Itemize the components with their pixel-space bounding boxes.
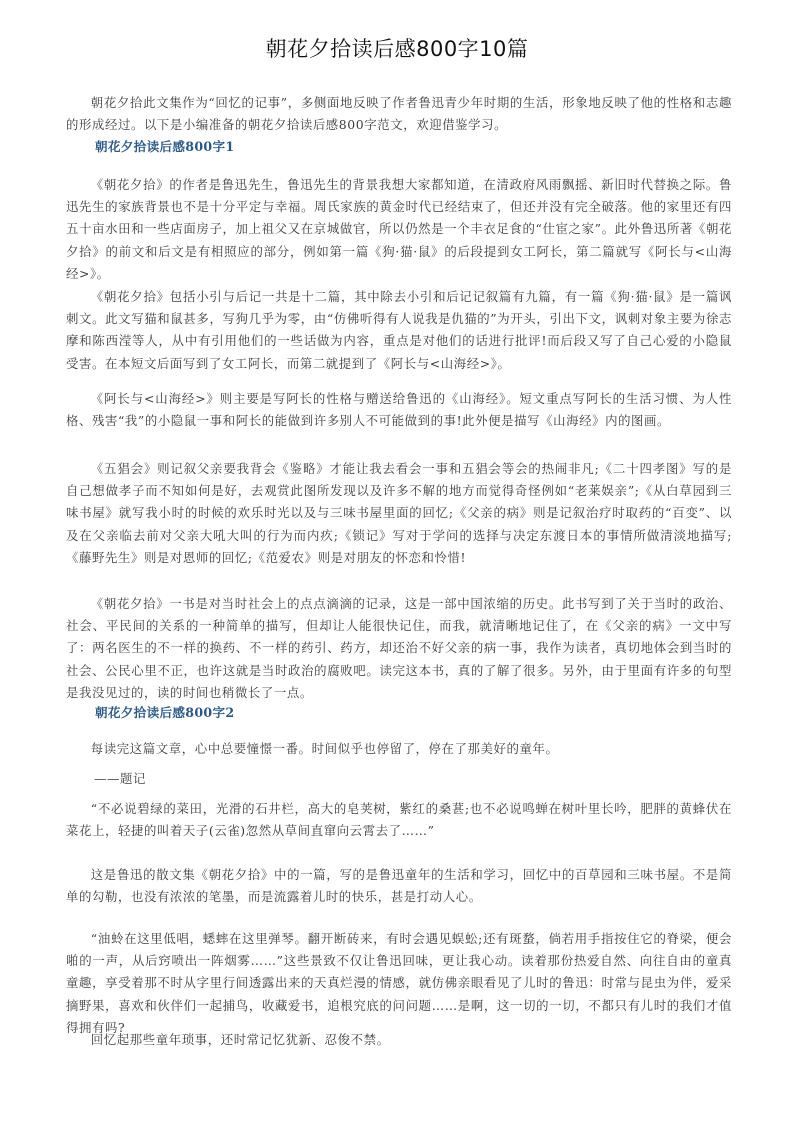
section-1-paragraph-2: 《朝花夕拾》包括小引与后记一共是十二篇，其中除去小引和后记记叙篇有九篇，有一篇《… [66,286,732,375]
document-title: 朝花夕拾读后感800字10篇 [0,33,794,63]
section-2-paragraph-2: 这是鲁迅的散文集《朝花夕拾》中的一篇，写的是鲁迅童年的生活和学习，回忆中的百草园… [66,864,732,908]
section-2-quote-1: “不必说碧绿的菜田，光滑的石井栏，高大的皂荚树，紫红的桑葚;也不必说鸣蝉在树叶里… [66,798,732,842]
section-heading-2: 朝花夕拾读后感800字2 [95,702,234,721]
section-1-paragraph-5: 《朝花夕拾》一书是对当时社会上的点点滴滴的记录，这是一部中国浓缩的历史。此书写到… [66,593,732,704]
section-2-paragraph-4: 回忆起那些童年琐事，还时常记忆犹新、忍俊不禁。 [66,1029,732,1051]
section-1-paragraph-4: 《五猖会》则记叙父亲要我背会《鉴略》才能让我去看会一事和五猖会等会的热闹非凡;《… [66,458,732,569]
section-heading-1: 朝花夕拾读后感800字1 [95,136,234,155]
intro-paragraph: 朝花夕拾此文集作为“回忆的记事”，多侧面地反映了作者鲁迅青少年时期的生活，形象地… [66,92,732,136]
section-2-paragraph-1: 每读完这篇文章，心中总要憧憬一番。时间似乎也停留了，停在了那美好的童年。 [66,738,732,760]
section-2-epigraph-label: ——题记 [94,768,760,790]
section-1-paragraph-3: 《阿长与<山海经>》则主要是写阿长的性格与赠送给鲁迅的《山海经》。短文重点写阿长… [66,388,732,432]
document-page: 朝花夕拾读后感800字10篇 朝花夕拾此文集作为“回忆的记事”，多侧面地反映了作… [0,0,794,1123]
section-1-paragraph-1: 《朝花夕拾》的作者是鲁迅先生，鲁迅先生的背景我想大家都知道，在清政府风雨飘摇、新… [66,174,732,285]
section-2-paragraph-3: “油蛉在这里低唱，蟋蟀在这里弹琴。翻开断砖来，有时会遇见蜈蚣;还有斑蝥，倘若用手… [66,928,732,1039]
